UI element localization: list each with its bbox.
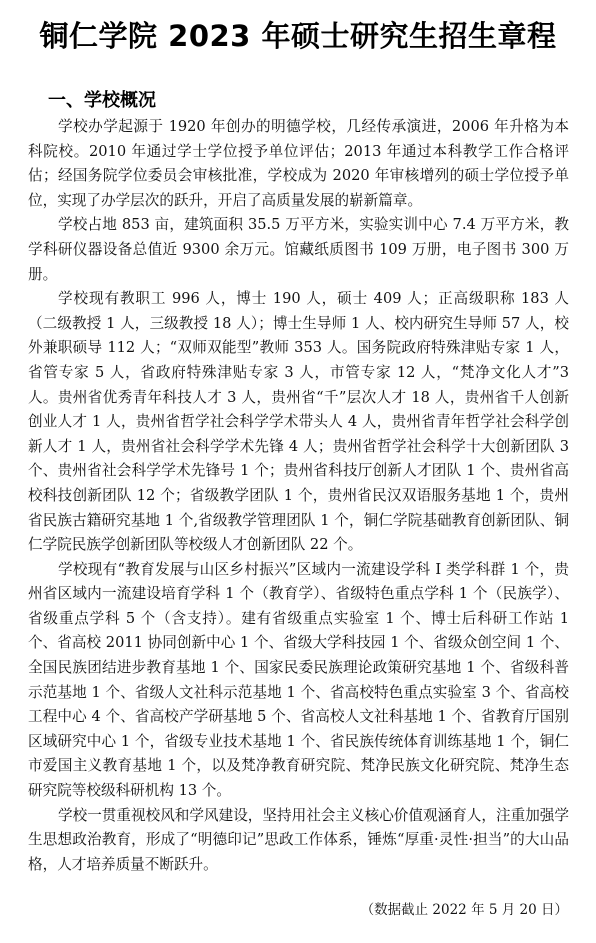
document-title: 铜仁学院 2023 年硕士研究生招生章程 (0, 14, 596, 58)
paragraph-disciplines: 学校现有“教育发展与山区乡村振兴”区域内一流建设学科 I 类学科群 1 个，贵州… (28, 558, 569, 804)
paragraph-history: 学校办学起源于 1920 年创办的明德学校，几经传承演进，2006 年升格为本科… (28, 115, 569, 213)
paragraph-culture: 学校一贯重视校风和学风建设，坚持用社会主义核心价值观涵育人，注重加强学生思想政治… (28, 804, 569, 878)
section-heading: 一、学校概况 (48, 88, 156, 114)
paragraph-campus: 学校占地 853 亩，建筑面积 35.5 万平方米，实验实训中心 7.4 万平方… (28, 213, 569, 287)
document-body: 学校办学起源于 1920 年创办的明德学校，几经传承演进，2006 年升格为本科… (28, 115, 569, 877)
paragraph-faculty: 学校现有教职工 996 人，博士 190 人，硕士 409 人；正高级职称 18… (28, 287, 569, 558)
data-cutoff-note: （数据截止 2022 年 5 月 20 日） (361, 898, 568, 918)
